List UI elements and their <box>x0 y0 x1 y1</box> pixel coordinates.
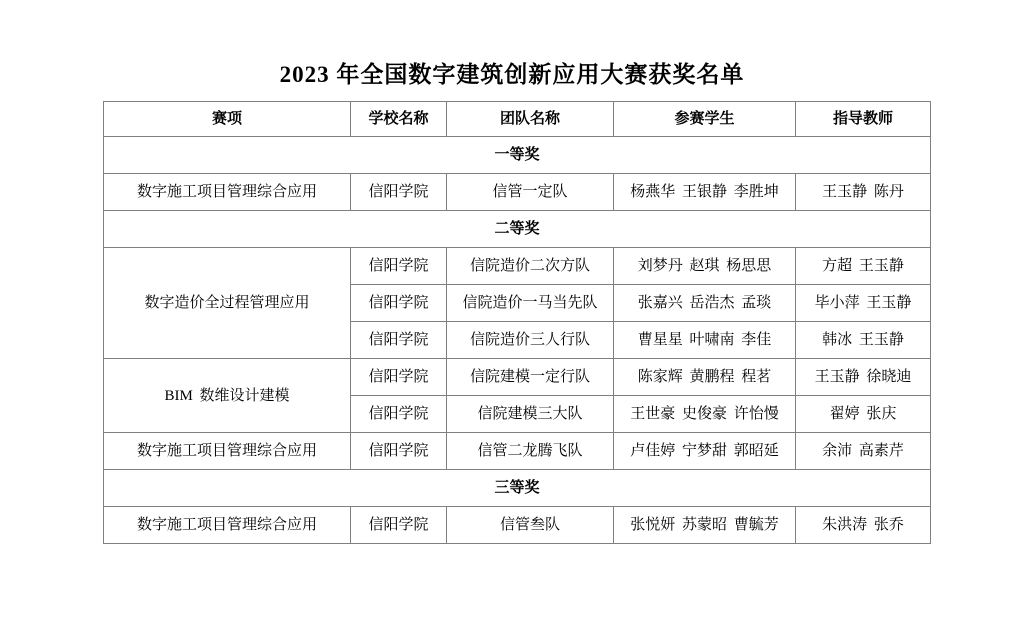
school-cell: 信阳学院 <box>351 433 447 470</box>
document-title: 2023 年全国数字建筑创新应用大赛获奖名单 <box>0 0 1024 90</box>
event-cell: 数字造价全过程管理应用 <box>104 248 351 359</box>
table-row: 数字造价全过程管理应用信阳学院信院造价二次方队刘梦丹 赵琪 杨思思方超 王玉静 <box>104 248 931 285</box>
award-section-label: 一等奖 <box>104 137 931 174</box>
table-row: 数字施工项目管理综合应用信阳学院信管一定队杨燕华 王银静 李胜坤王玉静 陈丹 <box>104 174 931 211</box>
table-header-row: 赛项 学校名称 团队名称 参赛学生 指导教师 <box>104 102 931 137</box>
students-cell: 杨燕华 王银静 李胜坤 <box>614 174 796 211</box>
event-cell: BIM 数维设计建模 <box>104 359 351 433</box>
teachers-cell: 朱洪涛 张乔 <box>796 507 931 544</box>
team-cell: 信管叁队 <box>447 507 614 544</box>
teachers-cell: 余沛 高素芹 <box>796 433 931 470</box>
col-header-team: 团队名称 <box>447 102 614 137</box>
students-cell: 王世豪 史俊豪 许怡慢 <box>614 396 796 433</box>
school-cell: 信阳学院 <box>351 174 447 211</box>
students-cell: 张悦妍 苏蒙昭 曹毓芳 <box>614 507 796 544</box>
table-body: 一等奖数字施工项目管理综合应用信阳学院信管一定队杨燕华 王银静 李胜坤王玉静 陈… <box>104 137 931 544</box>
students-cell: 曹星星 叶啸南 李佳 <box>614 322 796 359</box>
award-table: 赛项 学校名称 团队名称 参赛学生 指导教师 一等奖数字施工项目管理综合应用信阳… <box>103 101 931 544</box>
students-cell: 张嘉兴 岳浩杰 孟琰 <box>614 285 796 322</box>
table-row: 数字施工项目管理综合应用信阳学院信管叁队张悦妍 苏蒙昭 曹毓芳朱洪涛 张乔 <box>104 507 931 544</box>
col-header-event: 赛项 <box>104 102 351 137</box>
award-section-label: 二等奖 <box>104 211 931 248</box>
teachers-cell: 毕小萍 王玉静 <box>796 285 931 322</box>
teachers-cell: 王玉静 徐晓迪 <box>796 359 931 396</box>
students-cell: 陈家辉 黄鹏程 程茗 <box>614 359 796 396</box>
school-cell: 信阳学院 <box>351 285 447 322</box>
table-row: BIM 数维设计建模信阳学院信院建模一定行队陈家辉 黄鹏程 程茗王玉静 徐晓迪 <box>104 359 931 396</box>
school-cell: 信阳学院 <box>351 359 447 396</box>
event-cell: 数字施工项目管理综合应用 <box>104 507 351 544</box>
team-cell: 信管二龙腾飞队 <box>447 433 614 470</box>
team-cell: 信院造价三人行队 <box>447 322 614 359</box>
team-cell: 信院造价一马当先队 <box>447 285 614 322</box>
team-cell: 信院建模三大队 <box>447 396 614 433</box>
teachers-cell: 王玉静 陈丹 <box>796 174 931 211</box>
students-cell: 刘梦丹 赵琪 杨思思 <box>614 248 796 285</box>
event-cell: 数字施工项目管理综合应用 <box>104 174 351 211</box>
teachers-cell: 方超 王玉静 <box>796 248 931 285</box>
award-section-label: 三等奖 <box>104 470 931 507</box>
document-page: 2023 年全国数字建筑创新应用大赛获奖名单 赛项 学校名称 团队名称 参赛学生… <box>0 0 1024 624</box>
col-header-school: 学校名称 <box>351 102 447 137</box>
event-cell: 数字施工项目管理综合应用 <box>104 433 351 470</box>
team-cell: 信院造价二次方队 <box>447 248 614 285</box>
team-cell: 信管一定队 <box>447 174 614 211</box>
teachers-cell: 翟婷 张庆 <box>796 396 931 433</box>
school-cell: 信阳学院 <box>351 248 447 285</box>
school-cell: 信阳学院 <box>351 396 447 433</box>
col-header-teachers: 指导教师 <box>796 102 931 137</box>
table-row: 数字施工项目管理综合应用信阳学院信管二龙腾飞队卢佳婷 宁梦甜 郭昭延余沛 高素芹 <box>104 433 931 470</box>
school-cell: 信阳学院 <box>351 322 447 359</box>
team-cell: 信院建模一定行队 <box>447 359 614 396</box>
students-cell: 卢佳婷 宁梦甜 郭昭延 <box>614 433 796 470</box>
award-section-row: 一等奖 <box>104 137 931 174</box>
award-section-row: 二等奖 <box>104 211 931 248</box>
col-header-students: 参赛学生 <box>614 102 796 137</box>
award-section-row: 三等奖 <box>104 470 931 507</box>
teachers-cell: 韩冰 王玉静 <box>796 322 931 359</box>
school-cell: 信阳学院 <box>351 507 447 544</box>
